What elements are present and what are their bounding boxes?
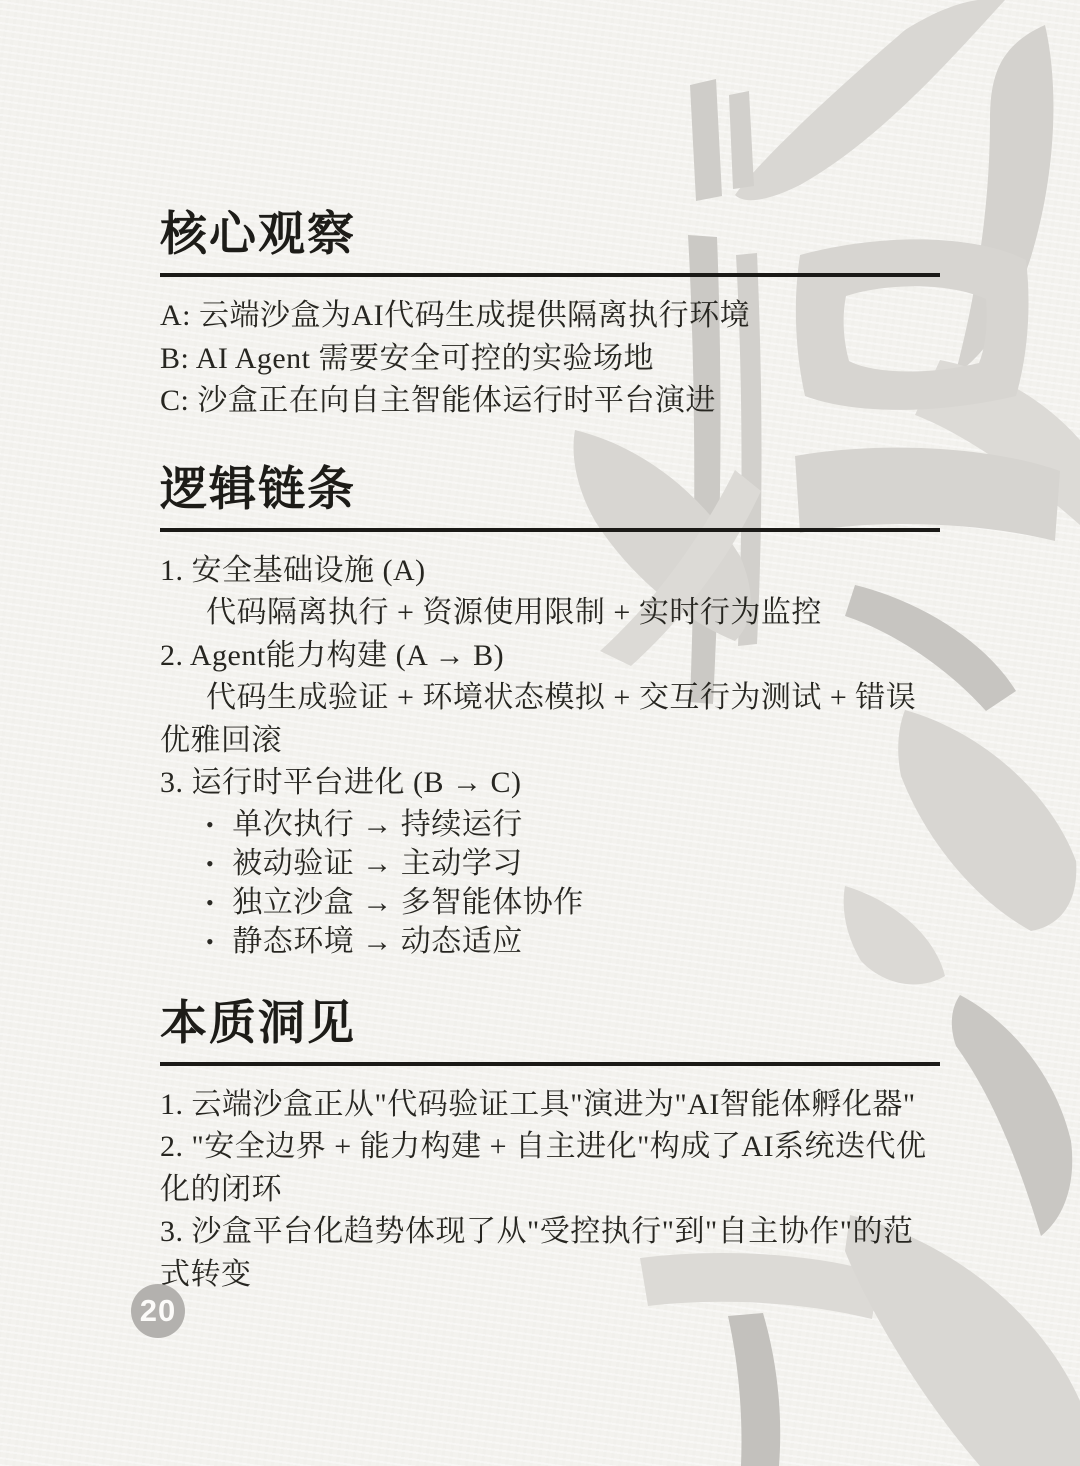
- observation-item-b: B: AI Agent 需要安全可控的实验场地: [160, 338, 940, 381]
- page-number-badge: 20: [131, 1284, 185, 1338]
- logic-bullet-item: •独立沙盒 → 多智能体协作: [160, 883, 940, 922]
- insight-item: 2. "安全边界 + 能力构建 + 自主进化"构成了AI系统迭代优化的闭环: [160, 1126, 940, 1211]
- observation-item-a: A: 云端沙盒为AI代码生成提供隔离执行环境: [160, 295, 940, 338]
- logic-bullet-item: •被动验证 → 主动学习: [160, 844, 940, 883]
- observation-item-c: C: 沙盒正在向自主智能体运行时平台演进: [160, 380, 940, 423]
- title-underline: [160, 1062, 940, 1066]
- bullet-text: 独立沙盒 → 多智能体协作: [232, 886, 584, 919]
- insight-item: 1. 云端沙盒正从"代码验证工具"演进为"AI智能体孵化器": [160, 1084, 940, 1127]
- title-underline: [160, 273, 940, 277]
- bullet-text: 静态环境 → 动态适应: [232, 925, 523, 958]
- insight-item: 3. 沙盒平台化趋势体现了从"受控执行"到"自主协作"的范式转变: [160, 1211, 940, 1296]
- essence-section-title: 本质洞见: [160, 997, 940, 1051]
- section-logic-chain: 逻辑链条 1. 安全基础设施 (A) 代码隔离执行 + 资源使用限制 + 实时行…: [160, 463, 940, 961]
- core-section-title: 核心观察: [160, 208, 940, 262]
- bullet-text: 单次执行 → 持续运行: [232, 808, 523, 841]
- section-core-observations: 核心观察 A: 云端沙盒为AI代码生成提供隔离执行环境 B: AI Agent …: [160, 0, 940, 423]
- bullet-dot-icon: •: [206, 883, 214, 922]
- logic-step-heading: 1. 安全基础设施 (A): [160, 550, 940, 593]
- bullet-dot-icon: •: [206, 922, 214, 961]
- title-underline: [160, 528, 940, 532]
- logic-step-heading: 3. 运行时平台进化 (B → C): [160, 762, 940, 805]
- bullet-text: 被动验证 → 主动学习: [232, 847, 523, 880]
- bullet-dot-icon: •: [206, 805, 214, 844]
- logic-step-detail: 代码生成验证 + 环境状态模拟 + 交互行为测试 + 错误优雅回滚: [160, 677, 940, 762]
- logic-step-heading: 2. Agent能力构建 (A → B): [160, 635, 940, 678]
- bullet-dot-icon: •: [206, 844, 214, 883]
- logic-section-title: 逻辑链条: [160, 463, 940, 517]
- section-essence-insights: 本质洞见 1. 云端沙盒正从"代码验证工具"演进为"AI智能体孵化器" 2. "…: [160, 997, 940, 1297]
- page-number: 20: [140, 1293, 176, 1329]
- logic-bullet-item: •单次执行 → 持续运行: [160, 805, 940, 844]
- logic-bullet-item: •静态环境 → 动态适应: [160, 922, 940, 961]
- note-content: 核心观察 A: 云端沙盒为AI代码生成提供隔离执行环境 B: AI Agent …: [160, 0, 940, 1296]
- logic-step-detail: 代码隔离执行 + 资源使用限制 + 实时行为监控: [160, 592, 940, 635]
